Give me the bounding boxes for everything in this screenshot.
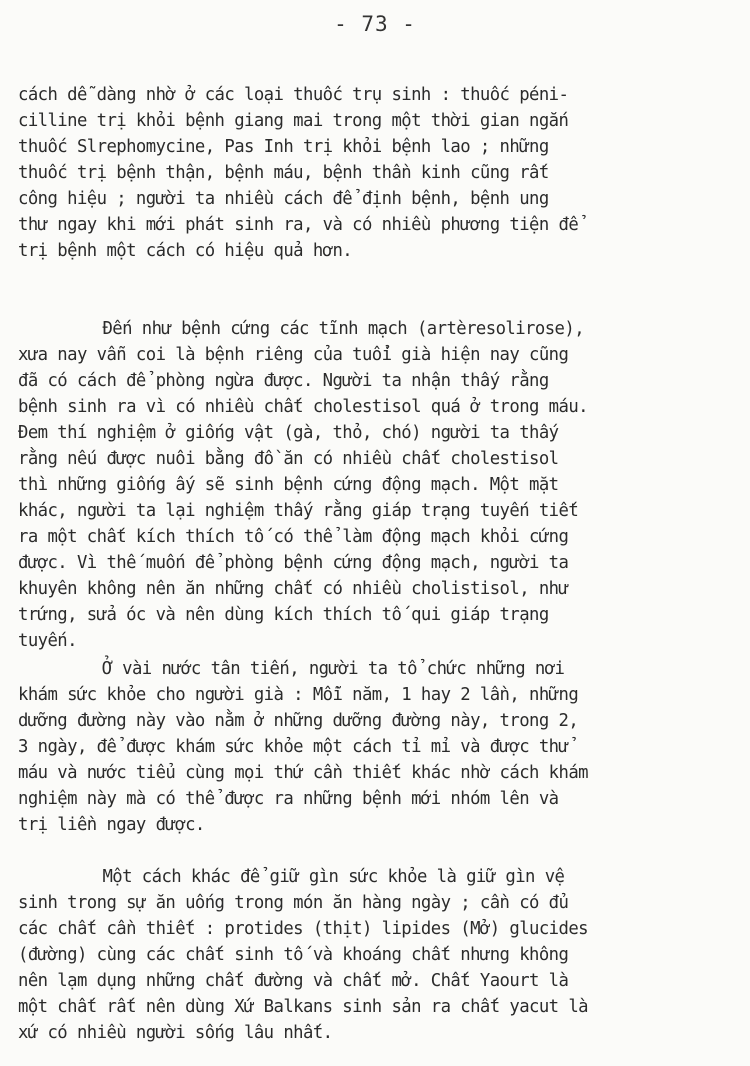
text-line: trị bệnh một cách có hiệu quả hơn. [18, 238, 709, 264]
text-line: bệnh sinh ra vì có nhiều chất cholestiso… [18, 394, 709, 420]
text-line: xứ có nhiều người sống lâu nhất. [18, 1020, 709, 1046]
text-line: một chất rất nên dùng Xứ Balkans sinh sả… [18, 994, 709, 1020]
text-line: thư ngay khi mới phát sinh ra, và có nhi… [18, 212, 709, 238]
text-line: dưỡng đường này vào nằm ở những dưỡng đư… [18, 708, 709, 734]
text-line: thuốc Slrephomycine, Pas Inh trị khỏi bệ… [18, 134, 709, 160]
text-line: Đem thí nghiệm ở giống vật (gà, thỏ, chó… [18, 420, 709, 446]
text-line: máu và nước tiểu cùng mọi thứ cần thiết … [18, 760, 709, 786]
text-line: (đường) cùng các chất sinh tố và khoáng … [18, 942, 709, 968]
text-line: đã có cách để phòng ngừa được. Người ta … [18, 368, 709, 394]
text-line: ra một chất kích thích tố có thể làm độn… [18, 524, 709, 550]
text-line: cilline trị khỏi bệnh giang mai trong mộ… [18, 108, 709, 134]
text-line: công hiệu ; người ta nhiều cách để định … [18, 186, 709, 212]
text-line: 3 ngày, để được khám sức khỏe một cách t… [18, 734, 709, 760]
paragraph-antibiotics: cách dễ dàng nhờ ở các loại thuốc trụ si… [18, 82, 738, 264]
text-line: sinh trong sự ăn uống trong món ăn hàng … [18, 890, 709, 916]
text-line: xưa nay vẫn coi là bệnh riêng của tuổi g… [18, 342, 709, 368]
text-line: cách dễ dàng nhờ ở các loại thuốc trụ si… [18, 82, 709, 108]
text-line: nên lạm dụng những chất đường và chất mở… [18, 968, 709, 994]
paragraph-diet-hygiene: Một cách khác để giữ gìn sức khỏe là giữ… [18, 864, 738, 1046]
text-line: Một cách khác để giữ gìn sức khỏe là giữ… [18, 864, 709, 890]
text-line: khám sức khỏe cho người già : Mỗi năm, 1… [18, 682, 709, 708]
text-line: Đến như bệnh cứng các tĩnh mạch (artères… [18, 316, 709, 342]
page-number: - 73 - [0, 12, 750, 36]
text-line: khác, người ta lại nghiệm thấy rằng giáp… [18, 498, 709, 524]
text-line: thì những giống ấy sẽ sinh bệnh cứng độn… [18, 472, 709, 498]
text-line: được. Vì thế muốn để phòng bệnh cứng độn… [18, 550, 709, 576]
text-line: trứng, sửa óc và nên dùng kích thích tố … [18, 602, 709, 628]
text-line: rằng nếu được nuôi bằng đồ ăn có nhiều c… [18, 446, 709, 472]
text-line: tuyến. [18, 628, 709, 654]
text-line: Ở vài nước tân tiến, người ta tổ chức nh… [18, 656, 709, 682]
paragraph-health-checkups: Ở vài nước tân tiến, người ta tổ chức nh… [18, 656, 738, 838]
text-line: khuyên không nên ăn những chất có nhiều … [18, 576, 709, 602]
text-line: thuốc trị bệnh thận, bệnh máu, bệnh thần… [18, 160, 709, 186]
text-line: các chất cần thiết : protides (thịt) lip… [18, 916, 709, 942]
text-line: trị liền ngay được. [18, 812, 709, 838]
text-line: nghiệm này mà có thể được ra những bệnh … [18, 786, 709, 812]
paragraph-arteriosclerosis: Đến như bệnh cứng các tĩnh mạch (artères… [18, 316, 738, 654]
